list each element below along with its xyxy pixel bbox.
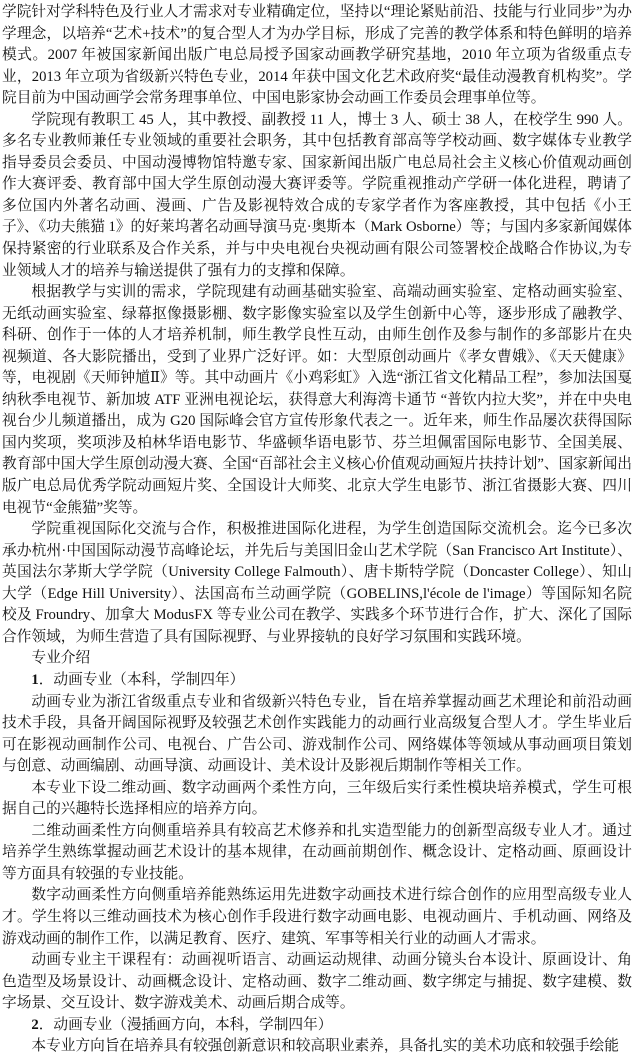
para-facilities-achievements: 根据教学与实训的需求，学院现建有动画基础实验室、高端动画实验室、定格动画实验室、… (2, 282, 632, 519)
document-page: 学院针对学科特色及行业人才需求对专业精确定位，坚持以“理论紧贴前沿、技能与行业同… (0, 0, 633, 1053)
para-core-courses: 动画专业主干课程有：动画视听语言、动画运动规律、动画分镜头台本设计、原画设计、角… (2, 950, 632, 1015)
para-faculty: 学院现有教职工 45 人，其中教授、副教授 11 人，博士 3 人、硕士 38 … (2, 110, 632, 282)
heading-majors-intro: 专业介绍 (2, 648, 632, 670)
heading-major-1-number: 1 (31, 672, 38, 688)
para-major-2-overview: 本专业方向旨在培养具有较强创新意识和较高职业素养，具备扎实的美术功底和较强手绘能 (2, 1036, 632, 1053)
para-digital-direction: 数字动画柔性方向侧重培养能熟练运用先进数字动画技术进行综合创作的应用型高级专业人… (2, 885, 632, 950)
heading-major-2: 2．动画专业（漫插画方向，本科，学制四年） (2, 1015, 632, 1037)
heading-major-2-number: 2 (31, 1017, 38, 1033)
para-positioning: 学院针对学科特色及行业人才需求对专业精确定位，坚持以“理论紧贴前沿、技能与行业同… (2, 2, 632, 110)
para-2d-direction: 二维动画柔性方向侧重培养具有较高艺术修养和扎实造型能力的创新型高级专业人才。通过… (2, 821, 632, 886)
heading-major-2-text: ．动画专业（漫插画方向，本科，学制四年） (39, 1017, 333, 1033)
heading-major-1: 1．动画专业（本科，学制四年） (2, 670, 632, 692)
para-international: 学院重视国际化交流与合作，积极推进国际化进程，为学生创造国际交流机会。迄今已多次… (2, 519, 632, 648)
heading-major-1-text: ．动画专业（本科，学制四年） (39, 672, 245, 688)
para-flexible-directions: 本专业下设二维动画、数字动画两个柔性方向，三年级后实行柔性模块培养模式，学生可根… (2, 778, 632, 821)
para-major-1-overview: 动画专业为浙江省级重点专业和省级新兴特色专业，旨在培养掌握动画艺术理论和前沿动画… (2, 692, 632, 778)
